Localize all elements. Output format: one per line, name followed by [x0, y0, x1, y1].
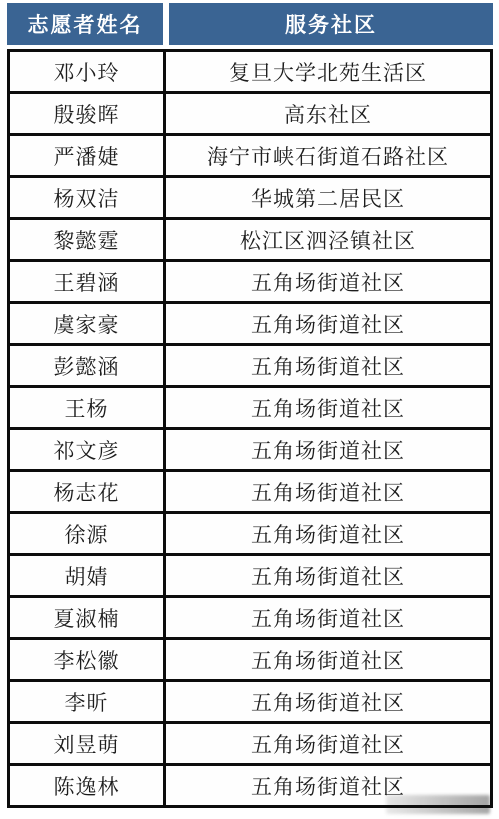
community-cell: 五角场街道社区 — [166, 388, 490, 427]
community-cell: 五角场街道社区 — [166, 724, 490, 763]
community-cell: 五角场街道社区 — [166, 682, 490, 721]
community-cell: 五角场街道社区 — [166, 766, 490, 805]
community-cell: 五角场街道社区 — [166, 262, 490, 301]
table-row: 邓小玲 复旦大学北苑生活区 — [7, 49, 493, 94]
community-cell: 海宁市峡石街道石路社区 — [166, 136, 490, 175]
community-cell: 五角场街道社区 — [166, 556, 490, 595]
volunteer-table-page: 志愿者姓名 服务社区 邓小玲 复旦大学北苑生活区 殷骏晖 高东社区 严潘婕 海宁… — [0, 0, 499, 819]
volunteer-name-cell: 虞家豪 — [10, 304, 166, 343]
volunteer-name-cell: 李昕 — [10, 682, 166, 721]
table-row: 李松徽 五角场街道社区 — [7, 637, 493, 682]
table-row: 王杨 五角场街道社区 — [7, 385, 493, 430]
header-service-community: 服务社区 — [169, 3, 493, 45]
table-row: 夏淑楠 五角场街道社区 — [7, 595, 493, 640]
volunteer-name-cell: 彭懿涵 — [10, 346, 166, 385]
volunteer-name-cell: 王碧涵 — [10, 262, 166, 301]
table-row: 胡婧 五角场街道社区 — [7, 553, 493, 598]
table-row: 严潘婕 海宁市峡石街道石路社区 — [7, 133, 493, 178]
table-row: 刘昱萌 五角场街道社区 — [7, 721, 493, 766]
volunteer-name-cell: 黎懿霆 — [10, 220, 166, 259]
community-cell: 五角场街道社区 — [166, 640, 490, 679]
volunteer-name-cell: 陈逸林 — [10, 766, 166, 805]
community-cell: 华城第二居民区 — [166, 178, 490, 217]
community-cell: 复旦大学北苑生活区 — [166, 52, 490, 91]
volunteer-name-cell: 徐源 — [10, 514, 166, 553]
volunteer-name-cell: 殷骏晖 — [10, 94, 166, 133]
table-row: 黎懿霆 松江区泗泾镇社区 — [7, 217, 493, 262]
community-cell: 五角场街道社区 — [166, 514, 490, 553]
volunteer-name-cell: 夏淑楠 — [10, 598, 166, 637]
volunteer-name-cell: 王杨 — [10, 388, 166, 427]
community-cell: 五角场街道社区 — [166, 472, 490, 511]
volunteer-name-cell: 严潘婕 — [10, 136, 166, 175]
table-row: 祁文彦 五角场街道社区 — [7, 427, 493, 472]
table-row: 徐源 五角场街道社区 — [7, 511, 493, 556]
community-cell: 五角场街道社区 — [166, 304, 490, 343]
volunteer-name-cell: 刘昱萌 — [10, 724, 166, 763]
table-row: 杨双洁 华城第二居民区 — [7, 175, 493, 220]
header-volunteer-name: 志愿者姓名 — [7, 3, 163, 45]
volunteer-name-cell: 杨双洁 — [10, 178, 166, 217]
table-row: 陈逸林 五角场街道社区 — [7, 763, 493, 808]
community-cell: 松江区泗泾镇社区 — [166, 220, 490, 259]
table-row: 杨志花 五角场街道社区 — [7, 469, 493, 514]
volunteer-name-cell: 杨志花 — [10, 472, 166, 511]
table-body: 邓小玲 复旦大学北苑生活区 殷骏晖 高东社区 严潘婕 海宁市峡石街道石路社区 杨… — [7, 49, 493, 808]
table-row: 殷骏晖 高东社区 — [7, 91, 493, 136]
table-row: 虞家豪 五角场街道社区 — [7, 301, 493, 346]
community-cell: 五角场街道社区 — [166, 346, 490, 385]
table-row: 李昕 五角场街道社区 — [7, 679, 493, 724]
table-row: 王碧涵 五角场街道社区 — [7, 259, 493, 304]
community-cell: 五角场街道社区 — [166, 430, 490, 469]
volunteer-name-cell: 胡婧 — [10, 556, 166, 595]
volunteer-name-cell: 李松徽 — [10, 640, 166, 679]
community-cell: 高东社区 — [166, 94, 490, 133]
volunteer-name-cell: 邓小玲 — [10, 52, 166, 91]
table-header-row: 志愿者姓名 服务社区 — [7, 3, 493, 45]
table-row: 彭懿涵 五角场街道社区 — [7, 343, 493, 388]
community-cell: 五角场街道社区 — [166, 598, 490, 637]
volunteer-name-cell: 祁文彦 — [10, 430, 166, 469]
